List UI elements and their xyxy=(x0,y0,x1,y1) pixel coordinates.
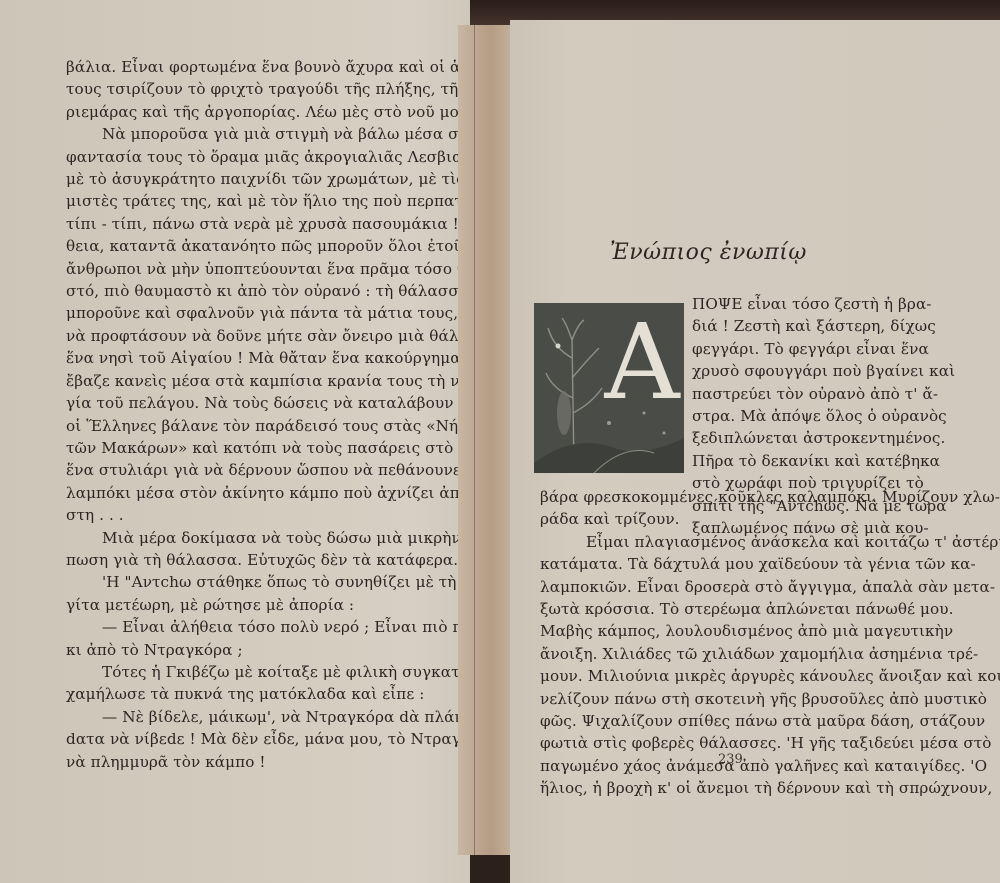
text-line: χρυσὸ σφουγγάρι ποὺ βγαίνει καὶ xyxy=(692,360,952,382)
book-gutter xyxy=(458,25,518,855)
left-page: βάλια. Εἶναι φορτωμένα ἕνα βουνὸ ἄχυρα κ… xyxy=(0,0,470,883)
text-line: φεγγάρι. Τὸ φεγγάρι εἶναι ἕνα xyxy=(692,338,952,360)
text-line: χαμήλωσε τὰ πυκνά της ματόκλαδα καὶ εἶπε… xyxy=(66,683,466,705)
page-number: 239 xyxy=(718,752,743,767)
text-line: νὰ πλημμυρᾶ τὸν κάμπο ! xyxy=(66,751,466,773)
text-line: ἄνοιξη. Χιλιάδες τῶ χιλιάδων χαμομήλια ἀ… xyxy=(540,643,960,665)
text-line: βάρα φρεσκοκομμένες κοῦκλες καλαμπόκι. Μ… xyxy=(540,486,960,508)
text-line: τους τσιρίζουν τὸ φριχτὸ τραγούδι τῆς πλ… xyxy=(66,78,466,100)
text-line: φαντασία τους τὸ ὅραμα μιᾶς ἀκρογιαλιᾶς … xyxy=(66,146,466,168)
text-line: πωση γιὰ τὴ θάλασσα. Εὐτυχῶς δὲν τὰ κατά… xyxy=(66,549,466,571)
text-line: τῶν Μακάρων» καὶ κατόπι νὰ τοὺς πασάρεις… xyxy=(66,437,466,459)
text-line: Τότες ἡ Γκιβέζω μὲ κοίταξε μὲ φιλικὴ συγ… xyxy=(66,661,466,683)
text-line: παγωμένο χάος ἀνάμεσα ἀπὸ γαλῆνες καὶ κα… xyxy=(540,755,960,777)
text-line: ξεδιπλώνεται ἀστροκεντημένος. xyxy=(692,427,952,449)
text-line: dατα νὰ νίβεdε ! Μὰ δὲν εἶδε, μάνα μου, … xyxy=(66,728,466,750)
text-line: κι ἀπὸ τὸ Ντραγκόρα ; xyxy=(66,639,466,661)
text-line: γίτα μετέωρη, μὲ ρώτησε μὲ ἀπορία : xyxy=(66,594,466,616)
text-line: φωτιὰ στὶς φοβερὲς θάλασσες. 'Η γῆς ταξι… xyxy=(540,732,960,754)
text-line: μποροῦνε καὶ σφαλνοῦν γιὰ πάντα τὰ μάτια… xyxy=(66,302,466,324)
chapter-title: Ἐνώπιος ἐνωπίῳ xyxy=(610,240,850,265)
text-line: Πῆρα τὸ δεκανίκι καὶ κατέβηκα xyxy=(692,450,952,472)
text-line: μουν. Μιλιούνια μικρὲς ἀργυρὲς κάνουλες … xyxy=(540,665,960,687)
text-line: νὰ προφτάσουν νὰ δοῦνε μήτε σὰν ὄνειρο μ… xyxy=(66,325,466,347)
gutter-fold xyxy=(474,25,475,855)
text-line: ἄνθρωποι νὰ μὴν ὑποπτεύουνται ἕνα πρᾶμα … xyxy=(66,258,466,280)
text-line: Νὰ μποροῦσα γιὰ μιὰ στιγμὴ νὰ βάλω μέσα … xyxy=(66,123,466,145)
text-line: γία τοῦ πελάγου. Νὰ τοὺς δώσεις νὰ καταλ… xyxy=(66,392,466,414)
text-line: — Εἶναι ἀλήθεια τόσο πολὺ νερό ; Εἶναι π… xyxy=(66,616,466,638)
text-line: ξωτὰ κρόσσια. Τὸ στερέωμα ἁπλώνεται πάνω… xyxy=(540,598,960,620)
left-page-text: βάλια. Εἶναι φορτωμένα ἕνα βουνὸ ἄχυρα κ… xyxy=(66,56,466,773)
text-line: ἕνα νησὶ τοῦ Αἰγαίου ! Μὰ θἄταν ἕνα κακο… xyxy=(66,347,466,369)
text-line: 'Η "Αντchω στάθηκε ὅπως τὸ συνηθίζει μὲ … xyxy=(66,571,466,593)
text-line: ριεμάρας καὶ τῆς ἀργοπορίας. Λέω μὲς στὸ… xyxy=(66,101,466,123)
text-line: Μαβὴς κάμπος, λουλουδισμένος ἀπὸ μιὰ μαγ… xyxy=(540,620,960,642)
drop-cap-letter: Α xyxy=(602,307,682,417)
text-line: βάλια. Εἶναι φορτωμένα ἕνα βουνὸ ἄχυρα κ… xyxy=(66,56,466,78)
text-line: παστρεύει τὸν οὐρανὸ ἀπὸ τ' ἄ- xyxy=(692,383,952,405)
text-line: κατάματα. Τὰ δάχτυλά μου χαϊδεύουν τὰ γέ… xyxy=(540,553,960,575)
text-line: στη . . . xyxy=(66,504,466,526)
text-line: στό, πιὸ θαυμαστὸ κι ἀπὸ τὸν οὐρανό : τὴ… xyxy=(66,280,466,302)
text-line: ἕνα στυλιάρι γιὰ νὰ δέρνουν ὥσπου νὰ πεθ… xyxy=(66,459,466,481)
text-line: ΠΟΨΕ εἶναι τόσο ζεστὴ ἡ βρα- xyxy=(692,293,952,315)
text-line: νελίζουν πάνω στὴ σκοτεινὴ γῆς βρυσοῦλες… xyxy=(540,688,960,710)
text-line: οἱ Ἕλληνες βάλανε τὸν παράδεισό τους στὰ… xyxy=(66,415,466,437)
text-line: ράδα καὶ τρίζουν. xyxy=(540,508,960,530)
drop-cap-illustration: Α xyxy=(534,303,684,473)
text-line: τίπι - τίπι, πάνω στὰ νερὰ μὲ χρυσὰ πασο… xyxy=(66,213,466,235)
text-line: μὲ τὸ ἀσυγκράτητο παιχνίδι τῶν χρωμάτων,… xyxy=(66,168,466,190)
text-line: φῶς. Ψιχαλίζουν σπίθες πάνω στὰ μαῦρα δά… xyxy=(540,710,960,732)
text-line: διά ! Ζεστὴ καὶ ξάστερη, δίχως xyxy=(692,315,952,337)
text-line: μιστὲς τράτες της, καὶ μὲ τὸν ἥλιο της π… xyxy=(66,190,466,212)
text-line: λαμπόκι μέσα στὸν ἀκίνητο κάμπο ποὺ ἀχνί… xyxy=(66,482,466,504)
text-line: στρα. Μὰ ἀπόψε ὅλος ὁ οὐρανὸς xyxy=(692,405,952,427)
text-line: Εἶμαι πλαγιασμένος ἀνάσκελα καὶ κοιτάζω … xyxy=(540,531,960,553)
text-line: ἔβαζε κανεὶς μέσα στὰ καμπίσια κρανία το… xyxy=(66,370,466,392)
text-line: λαμποκιῶν. Εἶναι δροσερὰ στὸ ἄγγιγμα, ἁπ… xyxy=(540,576,960,598)
text-line: Μιὰ μέρα δοκίμασα νὰ τοὺς δώσω μιὰ μικρὴ… xyxy=(66,527,466,549)
text-line: θεια, καταντᾶ ἀκατανόητο πῶς μποροῦν ὅλο… xyxy=(66,235,466,257)
text-line: — Νὲ βίδελε, μάικωμ', νὰ Ντραγκόρα dὰ πλ… xyxy=(66,706,466,728)
text-line: ἥλιος, ἡ βροχὴ κ' οἱ ἄνεμοι τὴ δέρνουν κ… xyxy=(540,777,960,799)
right-page-text-wide: βάρα φρεσκοκομμένες κοῦκλες καλαμπόκι. Μ… xyxy=(540,486,960,800)
